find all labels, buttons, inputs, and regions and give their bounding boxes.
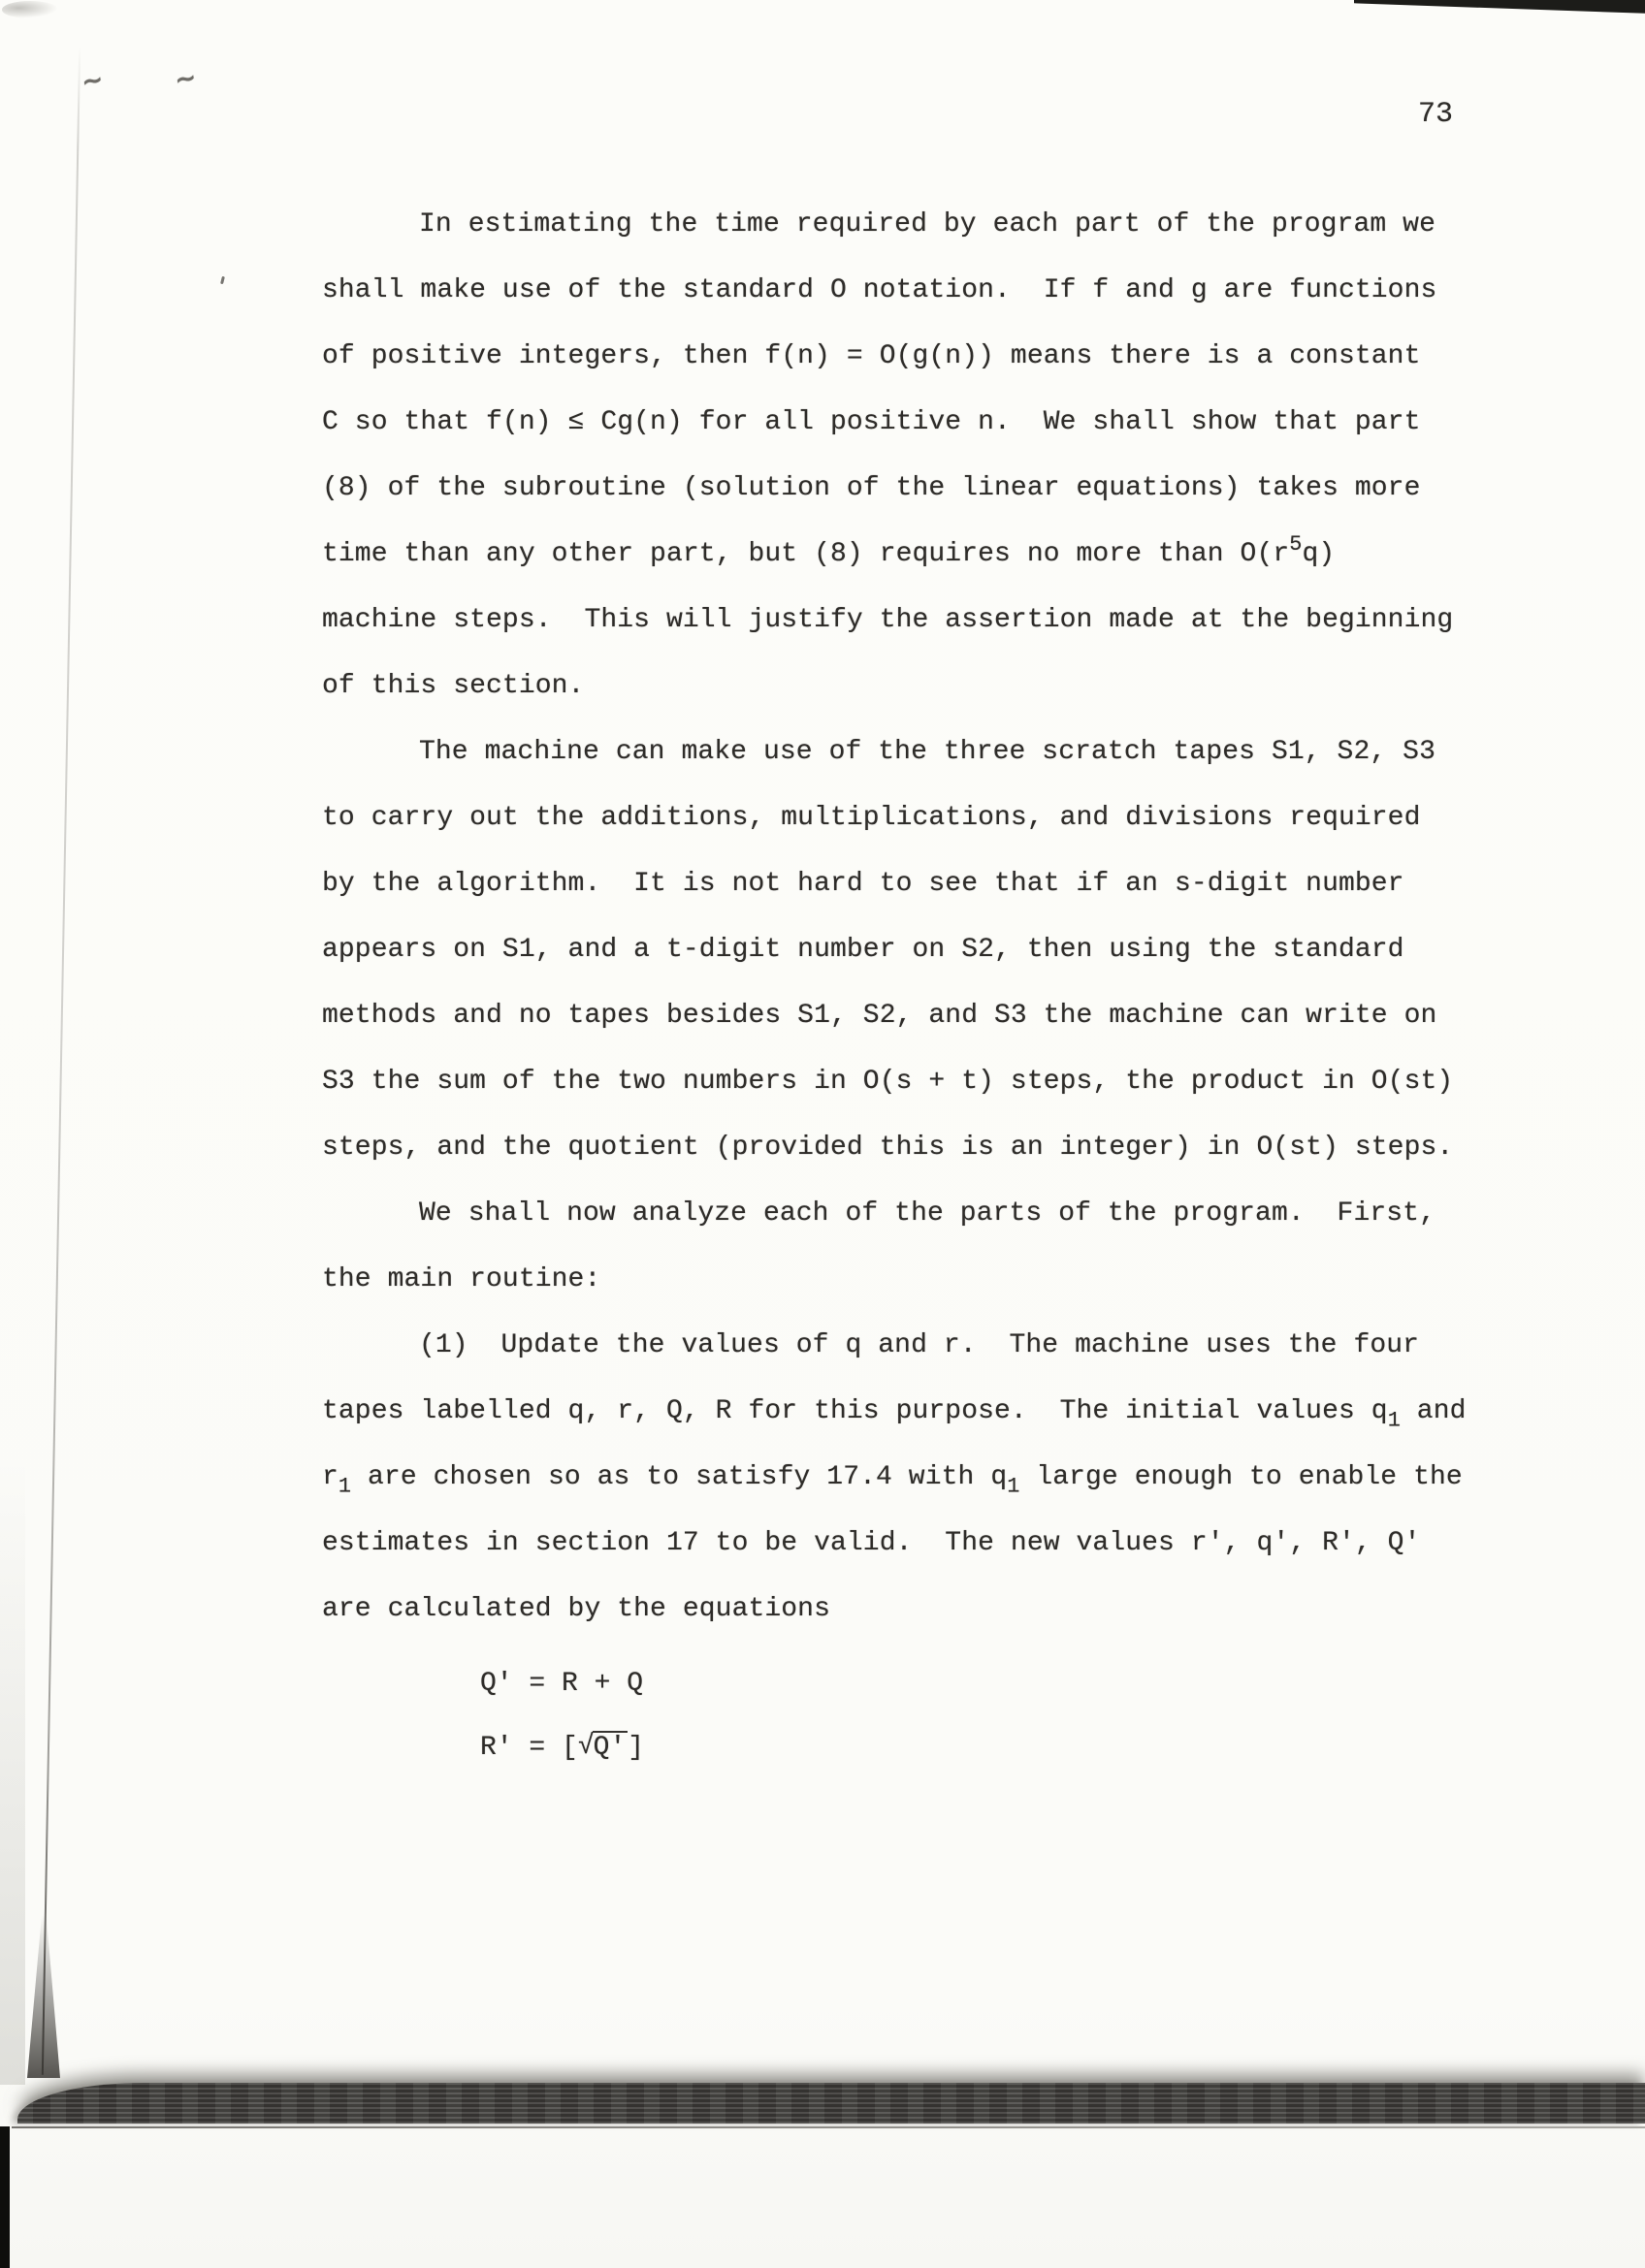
text-line: (1) Update the values of q and r. The ma… [322,1313,1486,1379]
scan-black-mark-top-right [1354,0,1645,15]
equation-line: R' = [√Q'] [322,1716,644,1780]
text-line: (8) of the subroutine (solution of the l… [322,456,1486,522]
text-line: tapes labelled q, r, Q, R for this purpo… [322,1379,1486,1445]
text-line: of positive integers, then f(n) = O(g(n)… [322,324,1486,390]
text-line: time than any other part, but (8) requir… [322,522,1486,588]
pencil-mark: ~ [172,62,199,95]
body-text: In estimating the time required by each … [322,192,1486,1643]
text-line: are calculated by the equations [322,1577,1486,1643]
text-line: In estimating the time required by each … [322,192,1486,258]
page-number: 73 [1418,95,1453,134]
text-line: machine steps. This will justify the ass… [322,588,1486,654]
text-line: to carry out the additions, multiplicati… [322,785,1486,851]
scan-smudge-top-left [2,1,58,18]
text-line: r1 are chosen so as to satisfy 17.4 with… [322,1445,1486,1511]
pencil-mark: ~ [79,64,106,97]
scan-speck [220,276,225,284]
text-line: methods and no tapes besides S1, S2, and… [322,983,1486,1049]
text-line: The machine can make use of the three sc… [322,719,1486,785]
square-root-expression: √Q' [578,1733,628,1763]
text-line: shall make use of the standard O notatio… [322,258,1486,324]
page-left-edge-shadow [0,1454,25,2085]
text-line: the main routine: [322,1247,1486,1313]
scan-black-bar-bottom-left [0,2126,10,2268]
text-line: appears on S1, and a t-digit number on S… [322,917,1486,983]
equation-line: Q' = R + Q [322,1652,644,1716]
page-bottom-edge-line [12,2126,1645,2128]
text-line: by the algorithm. It is not hard to see … [322,851,1486,917]
text-line: steps, and the quotient (provided this i… [322,1115,1486,1181]
text-line: estimates in section 17 to be valid. The… [322,1511,1486,1577]
text-line: S3 the sum of the two numbers in O(s + t… [322,1049,1486,1115]
equations-block: Q' = R + QR' = [√Q'] [322,1652,644,1780]
text-line: C so that f(n) ≤ Cg(n) for all positive … [322,390,1486,456]
text-line: of this section. [322,654,1486,719]
scanned-document-page: ~ ~ 73 In estimating the time required b… [0,0,1645,2268]
page-crease-line [42,47,81,2075]
page-bottom-edge-shadow [17,2083,1645,2124]
page-crease-flare [27,1915,60,2078]
text-line: We shall now analyze each of the parts o… [322,1181,1486,1247]
